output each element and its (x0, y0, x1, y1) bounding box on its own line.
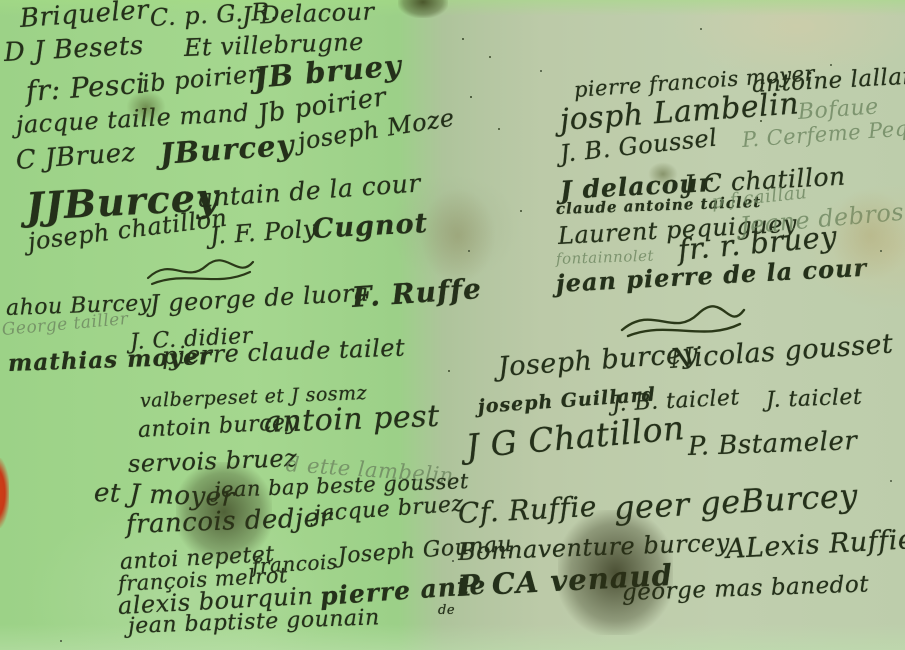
signature: J. taiclet (766, 387, 863, 412)
paper-specks (0, 0, 2, 2)
signature: J G Chatillon (465, 411, 686, 463)
signature: Cugnot (311, 210, 428, 243)
manuscript-page: Briqueler C. p. G. R. J Delacour D J Bes… (0, 0, 905, 650)
signature: george mas banedot (622, 573, 870, 605)
signature: J. F. Poly (209, 217, 317, 248)
paraph-flourish (146, 254, 256, 288)
signature: antain de la cour (197, 170, 421, 211)
signature: Briqueler (19, 0, 150, 32)
ink-stain (398, 0, 448, 18)
signature: geer geBurcey (613, 479, 858, 524)
signature: J Delacour (242, 0, 375, 28)
signature: antoin pest (263, 402, 440, 438)
signature: fr: Pesci (25, 70, 146, 106)
signature: F. Ruffe (351, 275, 483, 312)
signature: JBurcey (159, 131, 295, 169)
signature: francois dedjer (126, 505, 333, 538)
paraph-flourish (618, 300, 748, 342)
signature: de (438, 604, 455, 617)
red-edge-mark (0, 458, 9, 528)
signature: ALexis Ruffie (725, 526, 905, 563)
signature: ib poirier (141, 62, 261, 96)
signature: servois bruez (128, 446, 298, 476)
signature: D J Besets (3, 33, 144, 66)
signature: jean baptiste gounain (128, 607, 381, 638)
signature: pierre claude tailet (162, 336, 406, 368)
signature: P. Bstameler (688, 428, 858, 460)
signature: jacque bruez (313, 494, 464, 526)
ink-stain (420, 188, 496, 284)
signature: Cf. Ruffie (457, 493, 597, 528)
signature: C JBruez (15, 140, 136, 174)
